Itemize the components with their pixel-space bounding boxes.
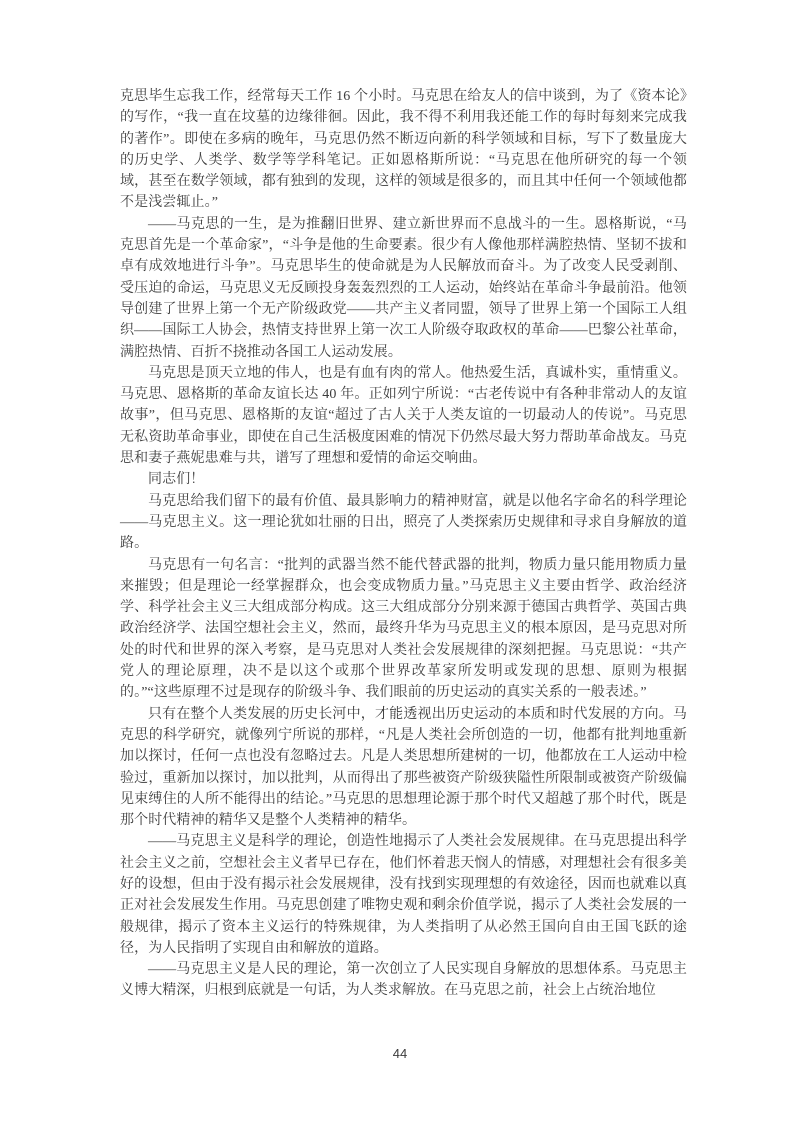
- paragraph: ——马克思主义是科学的理论，创造性地揭示了人类社会发展规律。在马克思提出科学社会…: [120, 831, 687, 959]
- paragraph: 只有在整个人类发展的历史长河中，才能透视出历史运动的本质和时代发展的方向。马克思…: [120, 704, 687, 832]
- paragraph: 马克思是顶天立地的伟人，也是有血有肉的常人。他热爱生活，真诚朴实，重情重义。马克…: [120, 363, 687, 469]
- paragraph: 同志们！: [120, 469, 687, 490]
- paragraph: 克思毕生忘我工作，经常每天工作 16 个小时。马克思在给友人的信中谈到，为了《资…: [120, 86, 687, 214]
- paragraph: ——马克思主义是人民的理论，第一次创立了人民实现自身解放的思想体系。马克思主义博…: [120, 959, 687, 1002]
- document-page: 克思毕生忘我工作，经常每天工作 16 个小时。马克思在给友人的信中谈到，为了《资…: [0, 0, 800, 1133]
- page-number: 44: [0, 1046, 800, 1061]
- paragraph: 马克思有一句名言：“批判的武器当然不能代替武器的批判，物质力量只能用物质力量来摧…: [120, 555, 687, 704]
- paragraph: ——马克思的一生，是为推翻旧世界、建立新世界而不息战斗的一生。恩格斯说，“马克思…: [120, 214, 687, 363]
- page-body-text: 克思毕生忘我工作，经常每天工作 16 个小时。马克思在给友人的信中谈到，为了《资…: [120, 86, 687, 1002]
- paragraph: 马克思给我们留下的最有价值、最具影响力的精神财富，就是以他名字命名的科学理论——…: [120, 491, 687, 555]
